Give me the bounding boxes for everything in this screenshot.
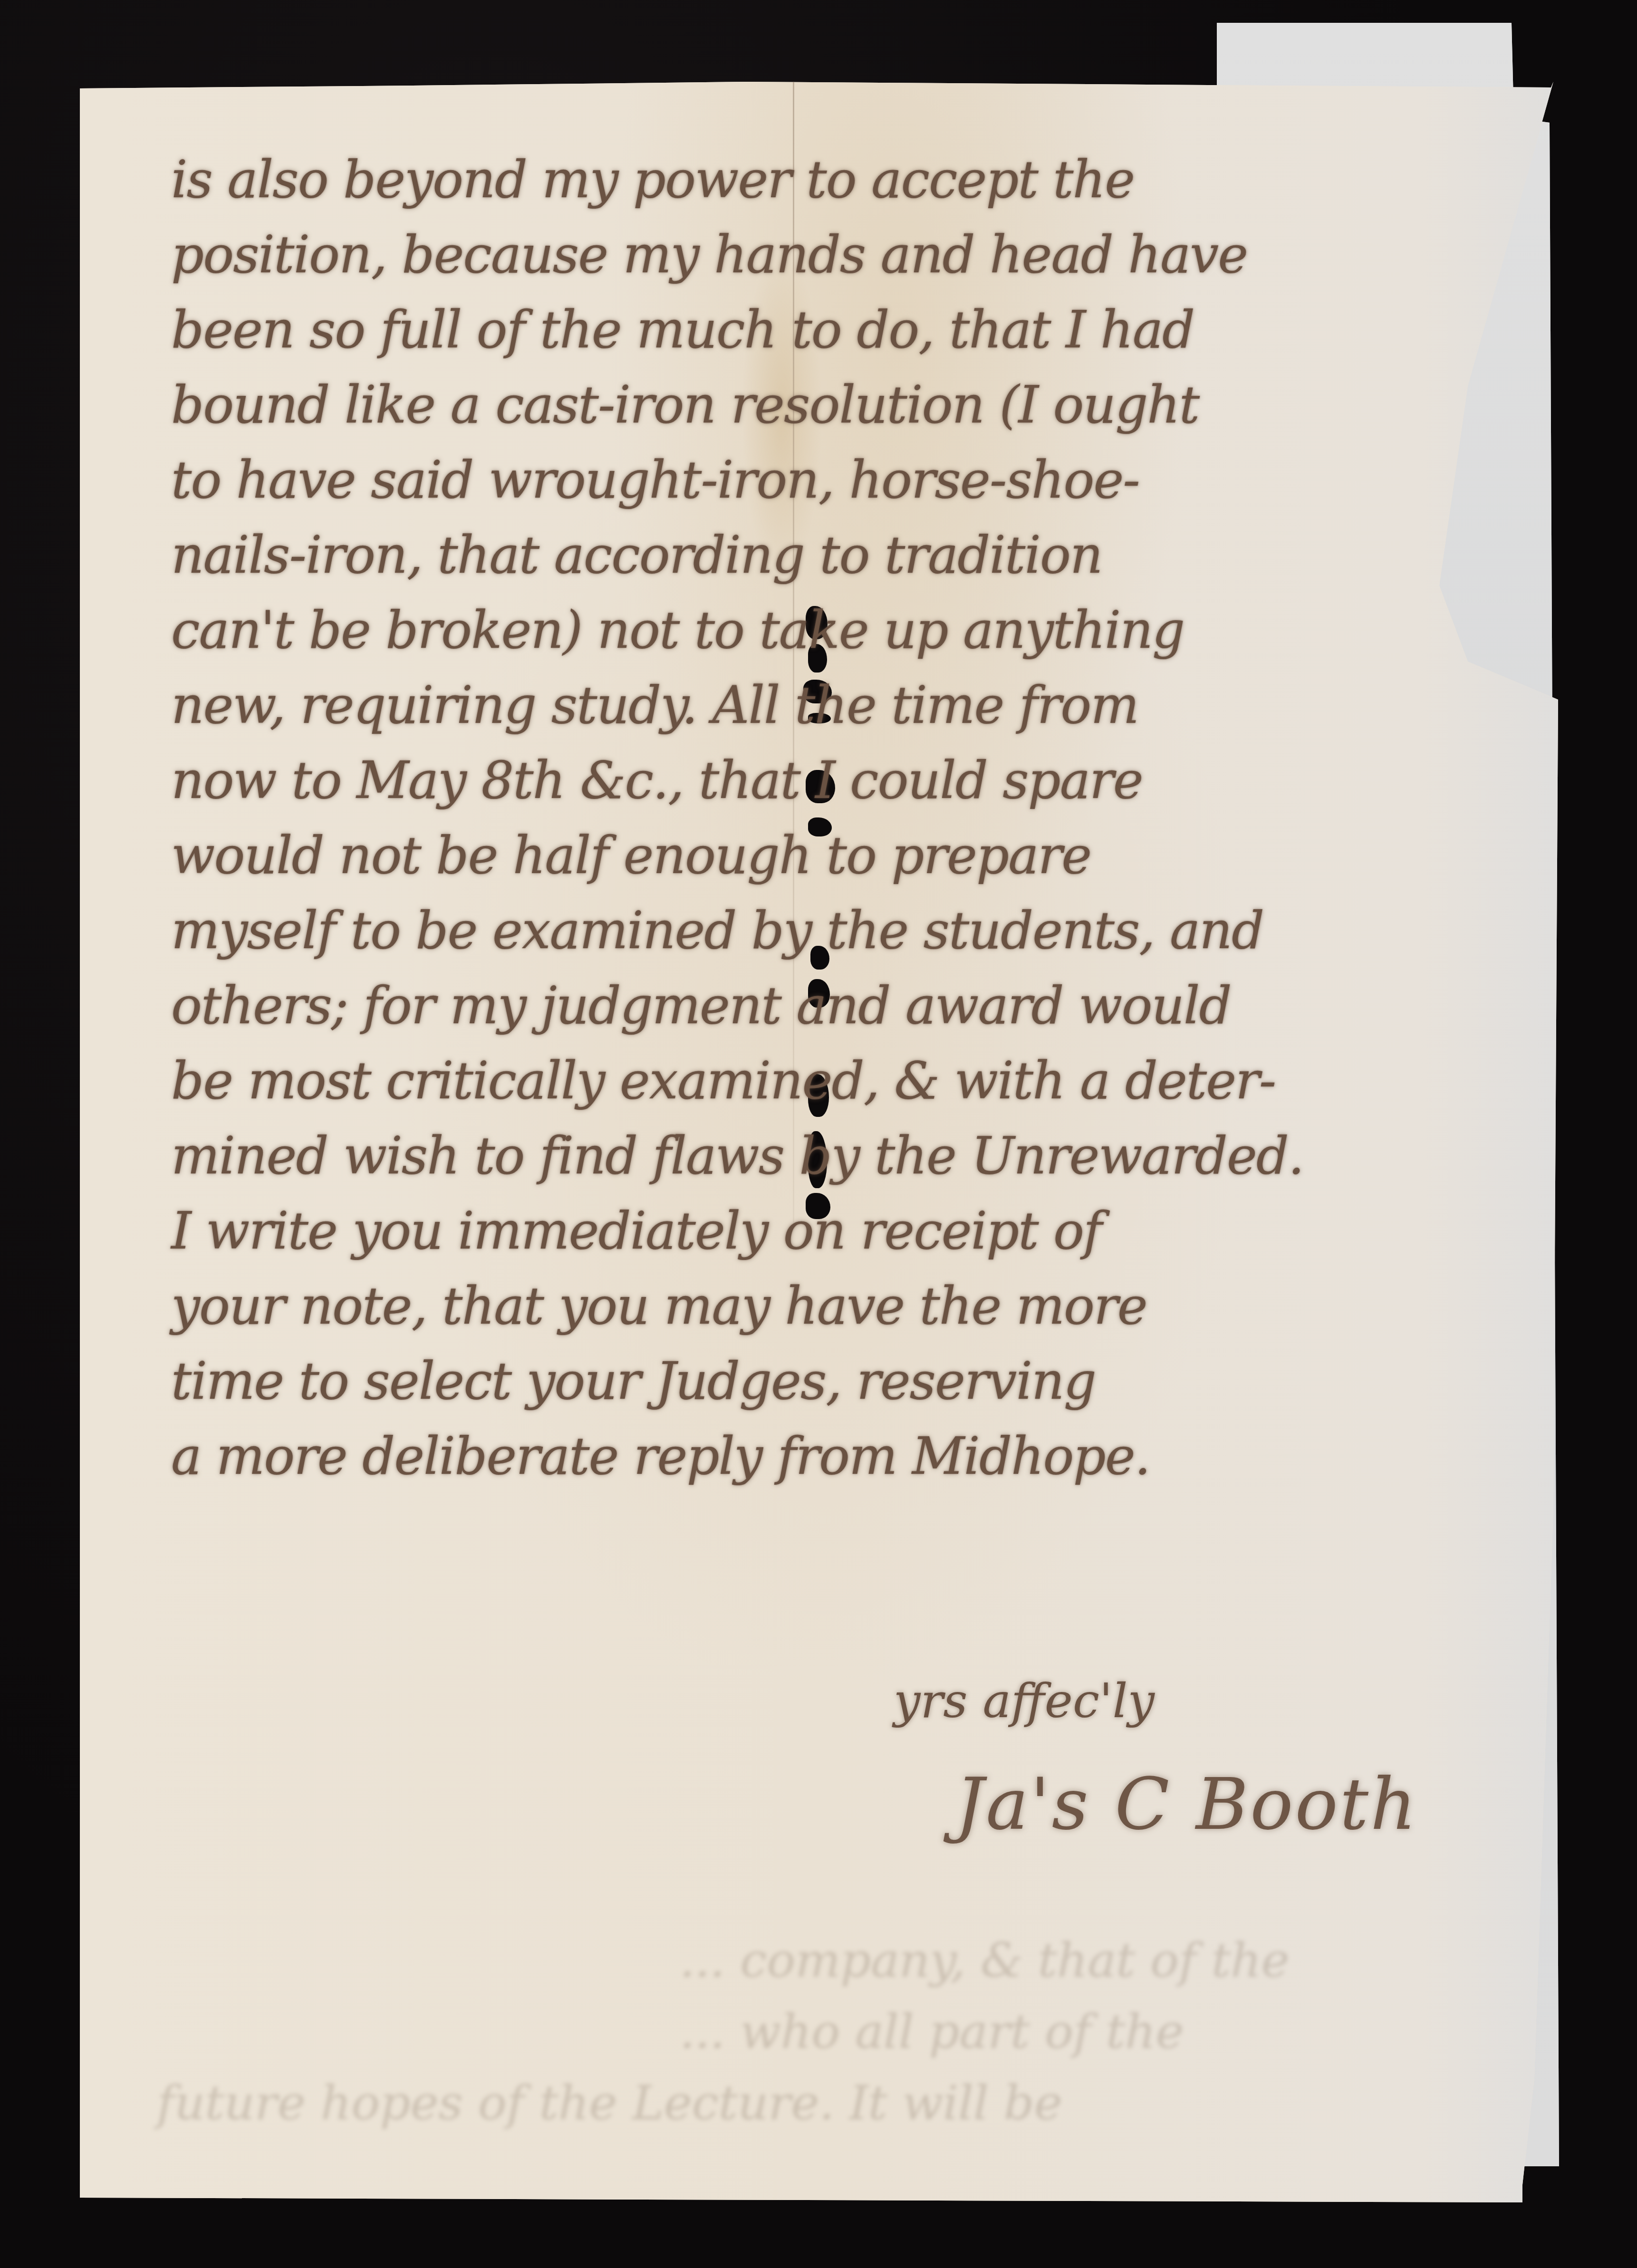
letter-line: myself to be examined by the students, a… xyxy=(171,894,1454,969)
letter-line: time to select your Judges, reserving xyxy=(171,1344,1454,1419)
letter-closing: yrs affec'ly xyxy=(894,1673,1155,1729)
letter-line: a more deliberate reply from Midhope. xyxy=(171,1419,1454,1494)
show-through-line: ... who all part of the xyxy=(157,1996,1440,2067)
letter-line: is also beyond my power to accept the xyxy=(171,143,1454,218)
letter-line: nails-iron, that according to tradition xyxy=(171,518,1454,593)
letter-signature: Ja's C Booth xyxy=(955,1763,1418,1846)
show-through-line: ... company, & that of the xyxy=(157,1925,1440,1996)
letter-line: to have said wrought-iron, horse-shoe- xyxy=(171,443,1454,518)
show-through-text: ... company, & that of the ... who all p… xyxy=(157,1925,1440,2139)
letter-body: is also beyond my power to accept the po… xyxy=(171,143,1454,1494)
letter-line: position, because my hands and head have xyxy=(171,218,1454,293)
letter-line: new, requiring study. All the time from xyxy=(171,668,1454,743)
letter-line: been so full of the much to do, that I h… xyxy=(171,293,1454,368)
letter-line: I write you immediately on receipt of xyxy=(171,1194,1454,1269)
letter-line: now to May 8th &c., that I could spare xyxy=(171,743,1454,818)
letter-line: your note, that you may have the more xyxy=(171,1269,1454,1344)
scan-background: is also beyond my power to accept the po… xyxy=(0,0,1637,2268)
letter-line: others; for my judgment and award would xyxy=(171,969,1454,1044)
letter-line: be most critically examined, & with a de… xyxy=(171,1044,1454,1119)
letter-line: mined wish to find flaws by the Unreward… xyxy=(171,1119,1454,1194)
show-through-line: future hopes of the Lecture. It will be xyxy=(157,2067,1440,2139)
letter-line: would not be half enough to prepare xyxy=(171,818,1454,894)
letter-line: can't be broken) not to take up anything xyxy=(171,593,1454,668)
letter-line: bound like a cast-iron resolution (I oug… xyxy=(171,368,1454,443)
